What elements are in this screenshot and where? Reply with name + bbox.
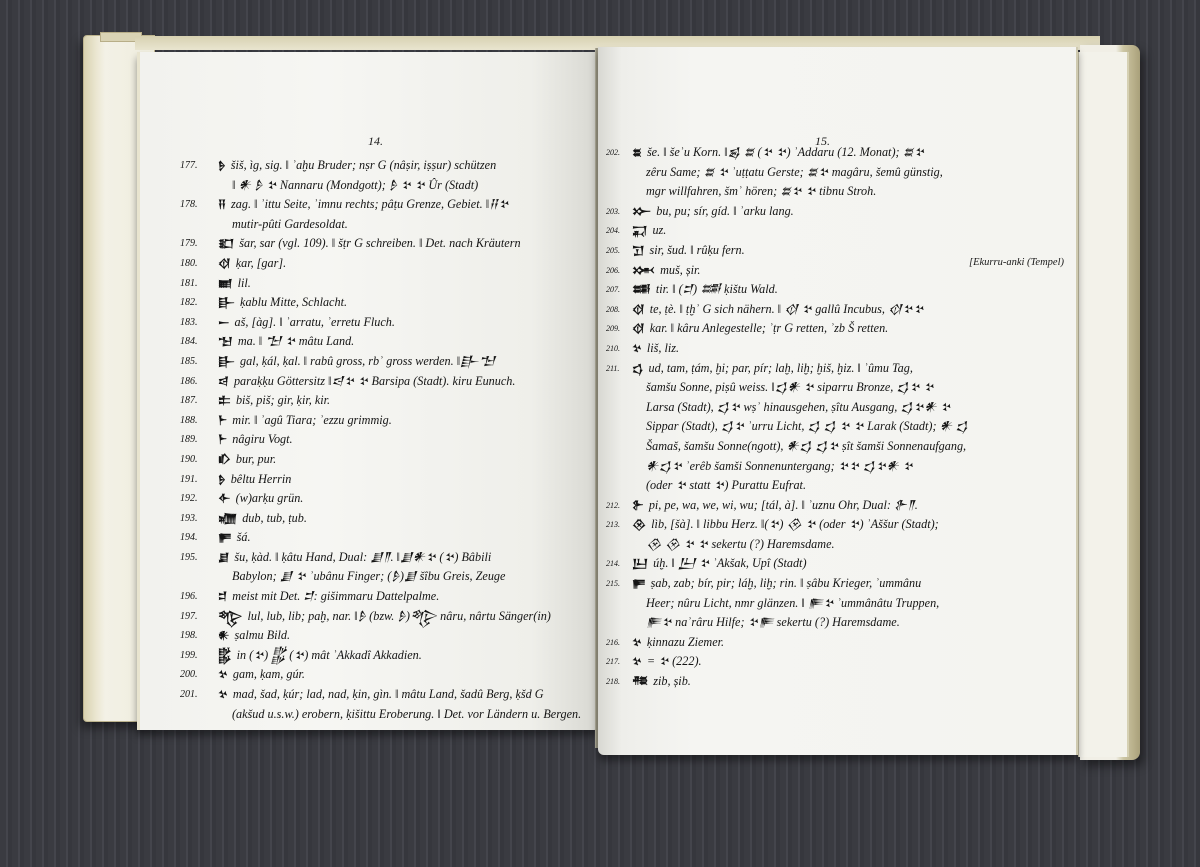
entry-line: mutir-pûti Gardesoldat.	[218, 215, 600, 235]
cuneiform-sign-icon: 𒆳	[218, 668, 227, 681]
entry-line-text: šiš, ìg, sig. ‖ ʾaḫu Bruder; nṣr G (nâṣi…	[231, 158, 496, 172]
entry-text: 𒋛sir, šud. ‖ rûḳu fern.	[632, 241, 1076, 261]
entry-line: šamšu Sonne, piṣû weiss. ‖𒌓𒀭 𒆳 siparru B…	[632, 378, 1076, 398]
entry-number: 217.	[606, 652, 632, 672]
cuneiform-sign-icon: 𒃲	[218, 296, 234, 309]
entry-line: 𒊩bêltu Herrin	[218, 470, 600, 490]
entry-line-text: Babylon; 𒋗 𒆳 ʾubânu Finger; (𒊩)𒋗 šîbu Gr…	[232, 569, 505, 583]
entry-text: 𒄑meist mit Det. 𒄑: gišimmaru Dattelpalme…	[218, 587, 600, 607]
entry-line: 𒌵in (𒆳) 𒌵 (𒆳) mât ʾAkkadî Akkadien.	[218, 646, 600, 666]
cuneiform-sign-icon: 𒋼	[632, 303, 644, 316]
entry-line-text: 𒊮 𒊮 𒆳 𒆳 sekertu (?) Haremsdame.	[646, 537, 835, 551]
entry-line-text: 𒊓𒆳 naʾrâru Hilfe; 𒆳𒊓 sekertu (?) Haremsd…	[646, 615, 900, 629]
sign-entry: 211.𒌓ud, tam, ṭám, ḫi; par, pír; laḫ, li…	[606, 359, 1076, 496]
entry-number: 196.	[180, 587, 218, 607]
entry-line: 𒁓bur, pur.	[218, 450, 600, 470]
entry-number: 188.	[180, 411, 218, 431]
entry-text: 𒊓šá.	[218, 528, 600, 548]
entry-number: 183.	[180, 313, 218, 333]
entry-line-text: ‖ 𒀭 𒊩 𒆳 Nannaru (Mondgott); 𒊩 𒆳 𒆳 Ûr (St…	[232, 178, 478, 192]
entry-number: 187.	[180, 391, 218, 411]
entry-line: 𒆤lil.	[218, 274, 600, 294]
entry-line: 𒍝zag. ‖ ʾittu Seite, ʾimnu rechts; pâṭu …	[218, 195, 600, 215]
entry-line: Heer; nûru Licht, nmr glänzen. ‖ 𒊓𒆳 ʾumm…	[632, 594, 1076, 614]
entry-number: 206.	[606, 261, 632, 281]
cuneiform-sign-icon: 𒊓	[632, 577, 645, 590]
cuneiform-sign-icon: 𒍣	[632, 675, 647, 688]
entry-text: 𒌓ud, tam, ṭám, ḫi; par, pír; laḫ, liḫ; ḫ…	[632, 359, 1076, 496]
entry-text: 𒆳ḳinnazu Ziemer.	[632, 633, 1076, 653]
entry-line: 𒊮 𒊮 𒆳 𒆳 sekertu (?) Haremsdame.	[632, 535, 1076, 555]
entry-text: 𒈜lul, lub, lib; paḫ, nar. ‖𒊩 (bzw. 𒊩)𒈜 n…	[218, 607, 600, 627]
entry-line: 𒅆(w)arḳu grün.	[218, 489, 600, 509]
entry-line-text: meist mit Det. 𒄑: gišimmaru Dattelpalme.	[232, 589, 439, 603]
entry-number: 207.	[606, 280, 632, 300]
entry-number: 185.	[180, 352, 218, 372]
sign-entry: 183.𒀸aš, [àg]. ‖ ʾarratu, ʾerretu Fluch.	[180, 313, 600, 333]
entry-text: 𒍣zib, șib.	[632, 672, 1076, 692]
entry-text: 𒋼kar. ‖ kâru Anlegestelle; ʾṭr G retten,…	[632, 319, 1076, 339]
cuneiform-sign-icon: 𒌵	[218, 649, 231, 662]
entry-number: 186.	[180, 372, 218, 392]
cuneiform-sign-icon: 𒀭	[218, 629, 229, 642]
cuneiform-sign-icon: 𒋼	[218, 257, 230, 270]
cuneiform-sign-icon: 𒋛	[632, 244, 644, 257]
sign-entry: 209.𒋼kar. ‖ kâru Anlegestelle; ʾṭr G ret…	[606, 319, 1076, 339]
entry-number: 184.	[180, 332, 218, 352]
sign-entry: 191.𒊩bêltu Herrin	[180, 470, 600, 490]
sign-entry: 214.𒌨úḫ. ‖ 𒌨 𒆳 ʾAkšak, Upî (Stadt)	[606, 554, 1076, 574]
right-entry-list: 202.𒊺še. ‖ šeʾu Korn. ‖𒌗 𒊺 (𒆳 𒆳) ʾAddaru…	[606, 143, 1076, 692]
entry-line-text: tir. ‖ (𒄑) 𒌁 ḳištu Wald.	[656, 282, 778, 296]
entry-number: 190.	[180, 450, 218, 470]
page-number-left: 14.	[368, 134, 383, 149]
entry-number: 189.	[180, 430, 218, 450]
entry-line-text: Larsa (Stadt), 𒌓𒆳 wṣʾ hinausgehen, ṣîtu …	[646, 400, 951, 414]
entry-line-text: liš, liz.	[647, 341, 679, 355]
entry-line-text: mutir-pûti Gardesoldat.	[232, 217, 348, 231]
entry-number: 203.	[606, 202, 632, 222]
entry-text: 𒌵in (𒆳) 𒌵 (𒆳) mât ʾAkkadî Akkadien.	[218, 646, 600, 666]
entry-number: 201.	[180, 685, 218, 724]
cuneiform-sign-icon: 𒉺	[218, 394, 230, 407]
cuneiform-sign-icon: 𒁍	[632, 205, 650, 218]
entry-line: 𒀸aš, [àg]. ‖ ʾarratu, ʾerretu Fluch.	[218, 313, 600, 333]
cuneiform-sign-icon: 𒍑	[632, 224, 646, 237]
sign-entry: 195.𒋗šu, ḳàd. ‖ ḳâtu Hand, Dual: 𒋗𒈫. ‖𒋗𒀭…	[180, 548, 600, 587]
cuneiform-sign-icon: 𒈨	[218, 414, 226, 427]
entry-line-text: šu, ḳàd. ‖ ḳâtu Hand, Dual: 𒋗𒈫. ‖𒋗𒀭𒆳 (𒆳)…	[234, 550, 491, 564]
entry-text: 𒆤lil.	[218, 274, 600, 294]
entry-text: 𒍝zag. ‖ ʾittu Seite, ʾimnu rechts; pâṭu …	[218, 195, 600, 234]
cuneiform-sign-icon: 𒆤	[218, 277, 232, 290]
sign-entry: 182.𒃲ḳablu Mitte, Schlacht.	[180, 293, 600, 313]
entry-line: 𒉿pi, pe, wa, we, wi, wu; [tál, à]. ‖ ʾuz…	[632, 496, 1076, 516]
entry-line-text: gal, ḳál, ḳal. ‖ rabû gross, rbʾ gross w…	[240, 354, 495, 368]
entry-line: 𒊓𒆳 naʾrâru Hilfe; 𒆳𒊓 sekertu (?) Haremsd…	[632, 613, 1076, 633]
sign-entry: 207.𒌁tir. ‖ (𒄑) 𒌁 ḳištu Wald.	[606, 280, 1076, 300]
cuneiform-sign-icon: 𒁾	[218, 512, 236, 525]
entry-line-text: ṣab, zab; bír, pir; láḫ, liḫ; rin. ‖ ṣâb…	[651, 576, 922, 590]
cuneiform-sign-icon: 𒈜	[218, 610, 242, 623]
entry-text: 𒊮lìb, [šà]. ‖ libbu Herz. ‖(𒆳) 𒊮 𒆳 (oder…	[632, 515, 1076, 554]
sign-entry: 205.𒋛sir, šud. ‖ rûḳu fern.	[606, 241, 1076, 261]
entry-line: zêru Same; 𒊺 𒆳 ʾuṭṭatu Gerste; 𒊺𒆳 magâru…	[632, 163, 1076, 183]
entry-line: 𒊮lìb, [šà]. ‖ libbu Herz. ‖(𒆳) 𒊮 𒆳 (oder…	[632, 515, 1076, 535]
entry-line-text: šá.	[237, 530, 251, 544]
entry-number: 210.	[606, 339, 632, 359]
entry-line: 𒊓ṣab, zab; bír, pir; láḫ, liḫ; rin. ‖ ṣâ…	[632, 574, 1076, 594]
entry-line: 𒁍bu, pu; sír, gíd. ‖ ʾarku lang.	[632, 202, 1076, 222]
sign-entry: 179.𒊬šar, sar (vgl. 109). ‖ šṭr G schrei…	[180, 234, 600, 254]
sign-entry: 204.𒍑uz.	[606, 221, 1076, 241]
left-page: 14. 177.𒊩šiš, ìg, sig. ‖ ʾaḫu Bruder; nṣ…	[137, 52, 600, 730]
cuneiform-sign-icon: 𒆳	[632, 342, 641, 355]
sign-entry: 216.𒆳ḳinnazu Ziemer.	[606, 633, 1076, 653]
sign-entry: 178.𒍝zag. ‖ ʾittu Seite, ʾimnu rechts; p…	[180, 195, 600, 234]
sign-entry: 196.𒄑meist mit Det. 𒄑: gišimmaru Dattelp…	[180, 587, 600, 607]
cuneiform-sign-icon: 𒌓	[632, 362, 643, 375]
cuneiform-sign-icon: 𒊩	[218, 473, 225, 486]
sign-entry: 177.𒊩šiš, ìg, sig. ‖ ʾaḫu Bruder; nṣr G …	[180, 156, 600, 195]
entry-number: 205.	[606, 241, 632, 261]
entry-number: 177.	[180, 156, 218, 195]
entry-text: 𒀭ṣalmu Bild.	[218, 626, 600, 646]
entry-line: 𒀭𒌓𒆳 ʾerêb šamši Sonnenuntergang; 𒆳𒆳 𒌓𒆳𒀭 …	[632, 457, 1076, 477]
entry-text: 𒁾dub, tub, ṭub.	[218, 509, 600, 529]
left-entry-list: 177.𒊩šiš, ìg, sig. ‖ ʾaḫu Bruder; nṣr G …	[180, 156, 600, 724]
entry-text: 𒆳= 𒆳 (222).	[632, 652, 1076, 672]
entry-text: 𒋼ḳar, [gar].	[218, 254, 600, 274]
entry-line-text: zag. ‖ ʾittu Seite, ʾimnu rechts; pâṭu G…	[231, 197, 509, 211]
entry-text: 𒌁tir. ‖ (𒄑) 𒌁 ḳištu Wald.	[632, 280, 1076, 300]
right-page: 15. [Ekurru-anki (Tempel) 202.𒊺še. ‖ šeʾ…	[598, 47, 1078, 755]
sign-entry: 187.𒉺biš, piš; gir, ḳir, kir.	[180, 391, 600, 411]
sign-entry: 186.𒁀paraḳḳu Göttersitz ‖𒁀𒆳 𒆳 Barsipa (S…	[180, 372, 600, 392]
sign-entry: 200.𒆳gam, ḳam, gúr.	[180, 665, 600, 685]
entry-line-text: lil.	[238, 276, 251, 290]
entry-line: 𒆳mad, šad, ḳúr; lad, nad, ḳin, gìn. ‖ mâ…	[218, 685, 600, 705]
sign-entry: 180.𒋼ḳar, [gar].	[180, 254, 600, 274]
entry-line: 𒋼te, ṭè. ‖ ṭḫʾ G sich nähern. ‖ 𒋼 𒆳 gall…	[632, 300, 1076, 320]
entry-number: 194.	[180, 528, 218, 548]
entry-line-text: ḳar, [gar].	[236, 256, 286, 270]
cuneiform-sign-icon: 𒊓	[218, 531, 231, 544]
entry-text: 𒋼te, ṭè. ‖ ṭḫʾ G sich nähern. ‖ 𒋼 𒆳 gall…	[632, 300, 1076, 320]
entry-line-text: uz.	[652, 223, 666, 237]
entry-line-text: lìb, [šà]. ‖ libbu Herz. ‖(𒆳) 𒊮 𒆳 (oder …	[651, 517, 939, 531]
entry-text: 𒌨úḫ. ‖ 𒌨 𒆳 ʾAkšak, Upî (Stadt)	[632, 554, 1076, 574]
entry-line-text: Heer; nûru Licht, nmr glänzen. ‖ 𒊓𒆳 ʾumm…	[646, 596, 939, 610]
entry-line-text: zêru Same; 𒊺 𒆳 ʾuṭṭatu Gerste; 𒊺𒆳 magâru…	[646, 165, 943, 179]
entry-line-text: (akšud u.s.w.) erobern, ḳišittu Eroberun…	[232, 707, 581, 721]
entry-text: 𒊓ṣab, zab; bír, pir; láḫ, liḫ; rin. ‖ ṣâ…	[632, 574, 1076, 633]
entry-line-text: mgr willfahren, šmʾ hören; 𒊺𒆳 𒆳 tibnu St…	[646, 184, 876, 198]
entry-line: 𒋗šu, ḳàd. ‖ ḳâtu Hand, Dual: 𒋗𒈫. ‖𒋗𒀭𒆳 (𒆳…	[218, 548, 600, 568]
sign-entry: 185.𒃲gal, ḳál, ḳal. ‖ rabû gross, rbʾ gr…	[180, 352, 600, 372]
sign-entry: 201.𒆳mad, šad, ḳúr; lad, nad, ḳin, gìn. …	[180, 685, 600, 724]
entry-line: Sippar (Stadt), 𒌓𒆳 ʾurru Licht, 𒌓 𒌓 𒆳 𒆳 …	[632, 417, 1076, 437]
entry-line-text: še. ‖ šeʾu Korn. ‖𒌗 𒊺 (𒆳 𒆳) ʾAddaru (12.…	[647, 145, 925, 159]
entry-number: 213.	[606, 515, 632, 554]
entry-line: 𒌨úḫ. ‖ 𒌨 𒆳 ʾAkšak, Upî (Stadt)	[632, 554, 1076, 574]
entry-text: 𒈨nâgiru Vogt.	[218, 430, 600, 450]
entry-number: 193.	[180, 509, 218, 529]
entry-line-text: 𒀭𒌓𒆳 ʾerêb šamši Sonnenuntergang; 𒆳𒆳 𒌓𒆳𒀭 …	[646, 459, 913, 473]
entry-text: 𒊬šar, sar (vgl. 109). ‖ šṭr G schreiben.…	[218, 234, 600, 254]
entry-line: 𒌓ud, tam, ṭám, ḫi; par, pír; laḫ, liḫ; ḫ…	[632, 359, 1076, 379]
cuneiform-sign-icon: 𒁀	[218, 375, 228, 388]
entry-number: 214.	[606, 554, 632, 574]
entry-number: 191.	[180, 470, 218, 490]
entry-line: 𒊓šá.	[218, 528, 600, 548]
sign-entry: 181.𒆤lil.	[180, 274, 600, 294]
entry-number: 179.	[180, 234, 218, 254]
entry-text: 𒆳liš, liz.	[632, 339, 1076, 359]
sign-entry: 210.𒆳liš, liz.	[606, 339, 1076, 359]
entry-line-text: ṣalmu Bild.	[235, 628, 291, 642]
entry-line-text: muš, șir.	[660, 263, 700, 277]
entry-line: (akšud u.s.w.) erobern, ḳišittu Eroberun…	[218, 705, 600, 725]
entry-line: 𒃲gal, ḳál, ḳal. ‖ rabû gross, rbʾ gross …	[218, 352, 600, 372]
entry-line-text: bu, pu; sír, gíd. ‖ ʾarku lang.	[656, 204, 793, 218]
entry-line-text: aš, [àg]. ‖ ʾarratu, ʾerretu Fluch.	[235, 315, 395, 329]
entry-number: 198.	[180, 626, 218, 646]
entry-number: 216.	[606, 633, 632, 653]
entry-number: 218.	[606, 672, 632, 692]
sign-entry: 215.𒊓ṣab, zab; bír, pir; láḫ, liḫ; rin. …	[606, 574, 1076, 633]
sign-entry: 213.𒊮lìb, [šà]. ‖ libbu Herz. ‖(𒆳) 𒊮 𒆳 (…	[606, 515, 1076, 554]
entry-text: 𒁓bur, pur.	[218, 450, 600, 470]
entry-line: 𒍑uz.	[632, 221, 1076, 241]
entry-text: 𒁀paraḳḳu Göttersitz ‖𒁀𒆳 𒆳 Barsipa (Stadt…	[218, 372, 600, 392]
entry-number: 211.	[606, 359, 632, 496]
entry-line: 𒁀paraḳḳu Göttersitz ‖𒁀𒆳 𒆳 Barsipa (Stadt…	[218, 372, 600, 392]
entry-text: 𒍑uz.	[632, 221, 1076, 241]
entry-line-text: ma. ‖ 𒈠 𒆳 mâtu Land.	[238, 334, 354, 348]
cuneiform-sign-icon: 𒅆	[218, 492, 230, 505]
entry-text: 𒊩bêltu Herrin	[218, 470, 600, 490]
entry-number: 199.	[180, 646, 218, 666]
entry-text: 𒀸aš, [àg]. ‖ ʾarratu, ʾerretu Fluch.	[218, 313, 600, 333]
entry-text: 𒈲muš, șir.	[632, 261, 1076, 281]
sign-entry: 203.𒁍bu, pu; sír, gíd. ‖ ʾarku lang.	[606, 202, 1076, 222]
entry-line: 𒆳= 𒆳 (222).	[632, 652, 1076, 672]
entry-number: 181.	[180, 274, 218, 294]
book-page-stack-right	[1078, 52, 1129, 757]
cuneiform-sign-icon: 𒊺	[632, 146, 641, 159]
cuneiform-sign-icon: 𒃲	[218, 355, 234, 368]
entry-line: 𒈜lul, lub, lib; paḫ, nar. ‖𒊩 (bzw. 𒊩)𒈜 n…	[218, 607, 600, 627]
entry-line-text: lul, lub, lib; paḫ, nar. ‖𒊩 (bzw. 𒊩)𒈜 nâ…	[248, 609, 551, 623]
entry-text: 𒃲gal, ḳál, ḳal. ‖ rabû gross, rbʾ gross …	[218, 352, 600, 372]
entry-line: 𒉺biš, piš; gir, ḳir, kir.	[218, 391, 600, 411]
entry-line-text: sir, šud. ‖ rûḳu fern.	[650, 243, 745, 257]
entry-line: 𒁾dub, tub, ṭub.	[218, 509, 600, 529]
entry-number: 208.	[606, 300, 632, 320]
entry-line: 𒌁tir. ‖ (𒄑) 𒌁 ḳištu Wald.	[632, 280, 1076, 300]
cuneiform-sign-icon: 𒊮	[632, 518, 645, 531]
cuneiform-sign-icon: 𒆳	[632, 655, 641, 668]
sign-entry: 193.𒁾dub, tub, ṭub.	[180, 509, 600, 529]
entry-line: 𒊬šar, sar (vgl. 109). ‖ šṭr G schreiben.…	[218, 234, 600, 254]
entry-text: 𒋗šu, ḳàd. ‖ ḳâtu Hand, Dual: 𒋗𒈫. ‖𒋗𒀭𒆳 (𒆳…	[218, 548, 600, 587]
entry-number: 202.	[606, 143, 632, 202]
entry-line-text: bur, pur.	[236, 452, 276, 466]
entry-number: 197.	[180, 607, 218, 627]
entry-line-text: bêltu Herrin	[231, 472, 292, 486]
sign-entry: 199.𒌵in (𒆳) 𒌵 (𒆳) mât ʾAkkadî Akkadien.	[180, 646, 600, 666]
entry-line-text: Sippar (Stadt), 𒌓𒆳 ʾurru Licht, 𒌓 𒌓 𒆳 𒆳 …	[646, 419, 968, 433]
entry-text: 𒊺še. ‖ šeʾu Korn. ‖𒌗 𒊺 (𒆳 𒆳) ʾAddaru (12…	[632, 143, 1076, 202]
entry-line: 𒋼ḳar, [gar].	[218, 254, 600, 274]
sign-entry: 184.𒈠ma. ‖ 𒈠 𒆳 mâtu Land.	[180, 332, 600, 352]
entry-line: 𒊺še. ‖ šeʾu Korn. ‖𒌗 𒊺 (𒆳 𒆳) ʾAddaru (12…	[632, 143, 1076, 163]
sign-entry: 197.𒈜lul, lub, lib; paḫ, nar. ‖𒊩 (bzw. 𒊩…	[180, 607, 600, 627]
cuneiform-sign-icon: 𒌨	[632, 557, 647, 570]
entry-line: 𒊩šiš, ìg, sig. ‖ ʾaḫu Bruder; nṣr G (nâṣ…	[218, 156, 600, 176]
entry-line-text: paraḳḳu Göttersitz ‖𒁀𒆳 𒆳 Barsipa (Stadt)…	[234, 374, 515, 388]
entry-line-text: zib, șib.	[653, 674, 691, 688]
entry-line-text: šar, sar (vgl. 109). ‖ šṭr G schreiben. …	[239, 236, 520, 250]
entry-line: 𒈠ma. ‖ 𒈠 𒆳 mâtu Land.	[218, 332, 600, 352]
cuneiform-sign-icon: 𒈠	[218, 335, 232, 348]
entry-number: 204.	[606, 221, 632, 241]
entry-number: 178.	[180, 195, 218, 234]
sign-entry: 202.𒊺še. ‖ šeʾu Korn. ‖𒌗 𒊺 (𒆳 𒆳) ʾAddaru…	[606, 143, 1076, 202]
entry-line-text: biš, piš; gir, ḳir, kir.	[236, 393, 330, 407]
entry-number: 212.	[606, 496, 632, 516]
entry-line: 𒆳liš, liz.	[632, 339, 1076, 359]
sign-entry: 192.𒅆(w)arḳu grün.	[180, 489, 600, 509]
cuneiform-sign-icon: 𒄑	[218, 590, 226, 603]
entry-line: (oder 𒆳 statt 𒆳) Purattu Eufrat.	[632, 476, 1076, 496]
entry-line: 𒀭ṣalmu Bild.	[218, 626, 600, 646]
entry-line: 𒆳gam, ḳam, gúr.	[218, 665, 600, 685]
entry-text: 𒈨mir. ‖ ʾagû Tiara; ʾezzu grimmig.	[218, 411, 600, 431]
entry-text: 𒊩šiš, ìg, sig. ‖ ʾaḫu Bruder; nṣr G (nâṣ…	[218, 156, 600, 195]
entry-number: 209.	[606, 319, 632, 339]
entry-line: 𒆳ḳinnazu Ziemer.	[632, 633, 1076, 653]
entry-line-text: nâgiru Vogt.	[232, 432, 292, 446]
entry-number: 192.	[180, 489, 218, 509]
entry-line-text: úḫ. ‖ 𒌨 𒆳 ʾAkšak, Upî (Stadt)	[653, 556, 806, 570]
entry-text: 𒆳mad, šad, ḳúr; lad, nad, ḳin, gìn. ‖ mâ…	[218, 685, 600, 724]
sign-entry: 217.𒆳= 𒆳 (222).	[606, 652, 1076, 672]
entry-line-text: ḳablu Mitte, Schlacht.	[240, 295, 347, 309]
cuneiform-sign-icon: 𒆳	[218, 688, 227, 701]
entry-line-text: Šamaš, šamšu Sonne(ngott), 𒀭𒌓 𒌓𒆳 ṣît šam…	[646, 439, 966, 453]
cuneiform-sign-icon: 𒊬	[218, 237, 233, 250]
sign-entry: 190.𒁓bur, pur.	[180, 450, 600, 470]
cuneiform-sign-icon: 𒌁	[632, 283, 650, 296]
cuneiform-sign-icon: 𒉿	[632, 499, 643, 512]
entry-line: Larsa (Stadt), 𒌓𒆳 wṣʾ hinausgehen, ṣîtu …	[632, 398, 1076, 418]
entry-line: 𒈨nâgiru Vogt.	[218, 430, 600, 450]
entry-line-text: pi, pe, wa, we, wi, wu; [tál, à]. ‖ ʾuzn…	[649, 498, 918, 512]
entry-line-text: = 𒆳 (222).	[647, 654, 702, 668]
entry-number: 195.	[180, 548, 218, 587]
entry-line: Babylon; 𒋗 𒆳 ʾubânu Finger; (𒊩)𒋗 šîbu Gr…	[218, 567, 600, 587]
cuneiform-sign-icon: 𒆳	[632, 636, 641, 649]
sign-entry: 212.𒉿pi, pe, wa, we, wi, wu; [tál, à]. ‖…	[606, 496, 1076, 516]
sign-entry: 194.𒊓šá.	[180, 528, 600, 548]
entry-line-text: ud, tam, ṭám, ḫi; par, pír; laḫ, liḫ; ḫi…	[649, 361, 913, 375]
entry-line-text: te, ṭè. ‖ ṭḫʾ G sich nähern. ‖ 𒋼 𒆳 gallû…	[650, 302, 924, 316]
entry-line-text: šamšu Sonne, piṣû weiss. ‖𒌓𒀭 𒆳 siparru B…	[646, 380, 934, 394]
entry-number: 215.	[606, 574, 632, 633]
cuneiform-sign-icon: 𒊩	[218, 159, 225, 172]
entry-line: 𒋼kar. ‖ kâru Anlegestelle; ʾṭr G retten,…	[632, 319, 1076, 339]
entry-line-text: in (𒆳) 𒌵 (𒆳) mât ʾAkkadî Akkadien.	[237, 648, 422, 662]
entry-line: 𒍣zib, șib.	[632, 672, 1076, 692]
entry-text: 𒈠ma. ‖ 𒈠 𒆳 mâtu Land.	[218, 332, 600, 352]
entry-line: 𒃲ḳablu Mitte, Schlacht.	[218, 293, 600, 313]
sign-entry: 189.𒈨nâgiru Vogt.	[180, 430, 600, 450]
cuneiform-sign-icon: 𒋼	[632, 322, 644, 335]
entry-line: Šamaš, šamšu Sonne(ngott), 𒀭𒌓 𒌓𒆳 ṣît šam…	[632, 437, 1076, 457]
entry-line-text: (w)arḳu grün.	[236, 491, 304, 505]
entry-text: 𒉺biš, piš; gir, ḳir, kir.	[218, 391, 600, 411]
entry-number: 182.	[180, 293, 218, 313]
entry-line-text: mir. ‖ ʾagû Tiara; ʾezzu grimmig.	[232, 413, 392, 427]
sign-entry: 218.𒍣zib, șib.	[606, 672, 1076, 692]
entry-text: 𒃲ḳablu Mitte, Schlacht.	[218, 293, 600, 313]
cuneiform-sign-icon: 𒀸	[218, 316, 229, 329]
entry-number: 200.	[180, 665, 218, 685]
sign-entry: 206.𒈲muš, șir.	[606, 261, 1076, 281]
entry-text: 𒉿pi, pe, wa, we, wi, wu; [tál, à]. ‖ ʾuz…	[632, 496, 1076, 516]
cuneiform-sign-icon: 𒋗	[218, 551, 228, 564]
cuneiform-sign-icon: 𒈲	[632, 264, 654, 277]
entry-line-text: ḳinnazu Ziemer.	[647, 635, 724, 649]
cuneiform-sign-icon: 𒁓	[218, 453, 230, 466]
cuneiform-sign-icon: 𒈨	[218, 433, 226, 446]
entry-line: 𒄑meist mit Det. 𒄑: gišimmaru Dattelpalme…	[218, 587, 600, 607]
entry-line-text: dub, tub, ṭub.	[242, 511, 307, 525]
entry-text: 𒁍bu, pu; sír, gíd. ‖ ʾarku lang.	[632, 202, 1076, 222]
entry-line-text: kar. ‖ kâru Anlegestelle; ʾṭr G retten, …	[650, 321, 889, 335]
entry-line: 𒋛sir, šud. ‖ rûḳu fern.	[632, 241, 1076, 261]
sign-entry: 188.𒈨mir. ‖ ʾagû Tiara; ʾezzu grimmig.	[180, 411, 600, 431]
entry-line: ‖ 𒀭 𒊩 𒆳 Nannaru (Mondgott); 𒊩 𒆳 𒆳 Ûr (St…	[218, 176, 600, 196]
entry-line: 𒈲muš, șir.	[632, 261, 1076, 281]
sign-entry: 208.𒋼te, ṭè. ‖ ṭḫʾ G sich nähern. ‖ 𒋼 𒆳 …	[606, 300, 1076, 320]
cuneiform-sign-icon: 𒍝	[218, 198, 225, 211]
entry-line-text: (oder 𒆳 statt 𒆳) Purattu Eufrat.	[646, 478, 806, 492]
entry-line-text: gam, ḳam, gúr.	[233, 667, 305, 681]
entry-text: 𒅆(w)arḳu grün.	[218, 489, 600, 509]
entry-number: 180.	[180, 254, 218, 274]
entry-line: mgr willfahren, šmʾ hören; 𒊺𒆳 𒆳 tibnu St…	[632, 182, 1076, 202]
entry-text: 𒆳gam, ḳam, gúr.	[218, 665, 600, 685]
entry-line: 𒈨mir. ‖ ʾagû Tiara; ʾezzu grimmig.	[218, 411, 600, 431]
sign-entry: 198.𒀭ṣalmu Bild.	[180, 626, 600, 646]
entry-line-text: mad, šad, ḳúr; lad, nad, ḳin, gìn. ‖ mât…	[233, 687, 544, 701]
